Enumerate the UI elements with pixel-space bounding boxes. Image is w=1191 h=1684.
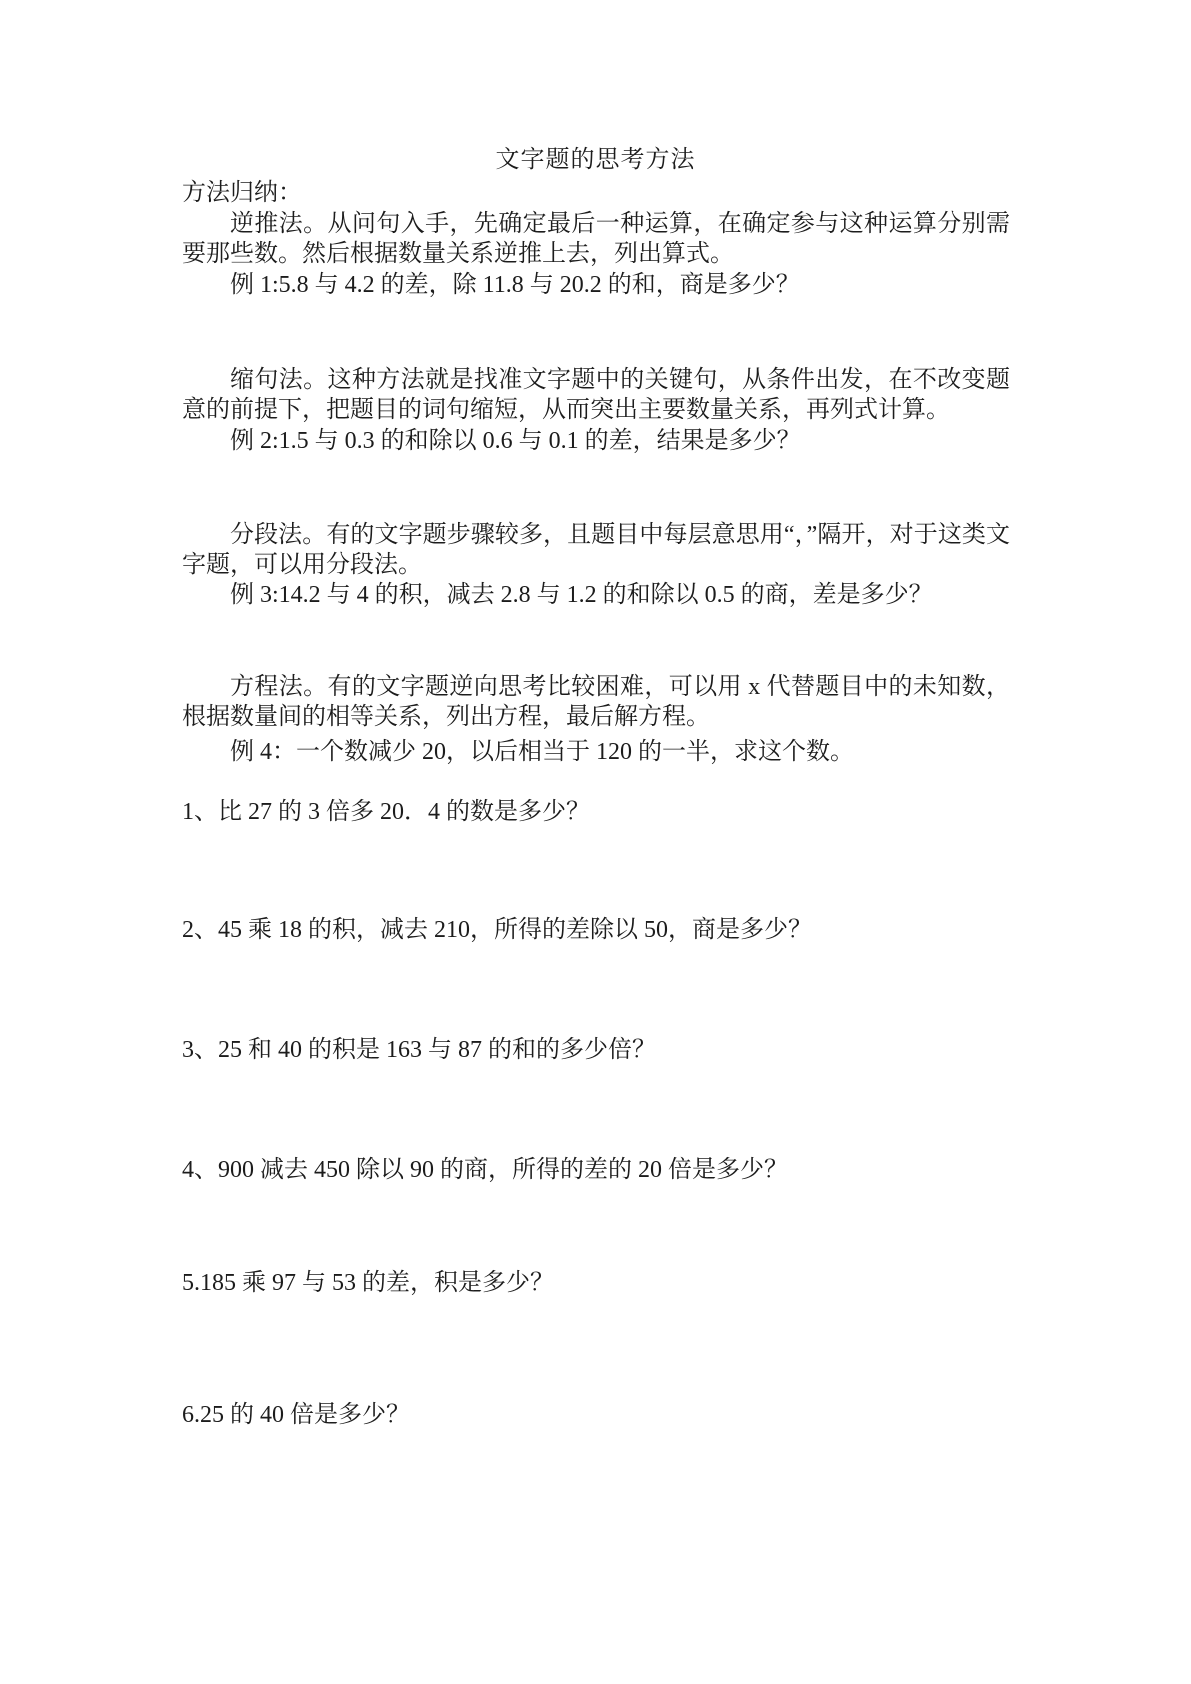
method-paragraph-3: 分段法。有的文字题步骤较多，且题目中每层意思用“，”隔开，对于这类文字题，可以用… (182, 520, 1010, 580)
problem-line-1: 1、比 27 的 3 倍多 20．4 的数是多少？ (182, 797, 1010, 827)
problem-line-6: 6.25 的 40 倍是多少？ (182, 1400, 1010, 1430)
method-paragraph-4: 方程法。有的文字题逆向思考比较困难，可以用 x 代替题目中的未知数，根据数量间的… (182, 672, 1010, 732)
page-title: 文字题的思考方法 (0, 145, 1191, 175)
method-paragraph-2: 缩句法。这种方法就是找准文字题中的关键句，从条件出发，在不改变题意的前提下，把题… (182, 365, 1010, 425)
example-line-4: 例 4：一个数减少 20，以后相当于 120 的一半，求这个数。 (182, 737, 1010, 767)
problem-line-4: 4、900 减去 450 除以 90 的商，所得的差的 20 倍是多少？ (182, 1155, 1010, 1185)
problem-line-5: 5.185 乘 97 与 53 的差，积是多少？ (182, 1268, 1010, 1298)
problem-line-3: 3、25 和 40 的积是 163 与 87 的和的多少倍？ (182, 1035, 1010, 1065)
example-line-3: 例 3:14.2 与 4 的积，减去 2.8 与 1.2 的和除以 0.5 的商… (182, 580, 1010, 610)
problem-line-2: 2、45 乘 18 的积，减去 210，所得的差除以 50，商是多少？ (182, 915, 1010, 945)
worksheet-page: 文字题的思考方法 方法归纳： 逆推法。从问句入手，先确定最后一种运算，在确定参与… (0, 0, 1191, 1684)
intro-label: 方法归纳： (182, 178, 1010, 208)
example-line-1: 例 1:5.8 与 4.2 的差，除 11.8 与 20.2 的和，商是多少？ (182, 270, 1010, 300)
example-line-2: 例 2:1.5 与 0.3 的和除以 0.6 与 0.1 的差，结果是多少？ (182, 426, 1010, 456)
method-paragraph-1: 逆推法。从问句入手，先确定最后一种运算，在确定参与这种运算分别需要那些数。然后根… (182, 209, 1010, 269)
